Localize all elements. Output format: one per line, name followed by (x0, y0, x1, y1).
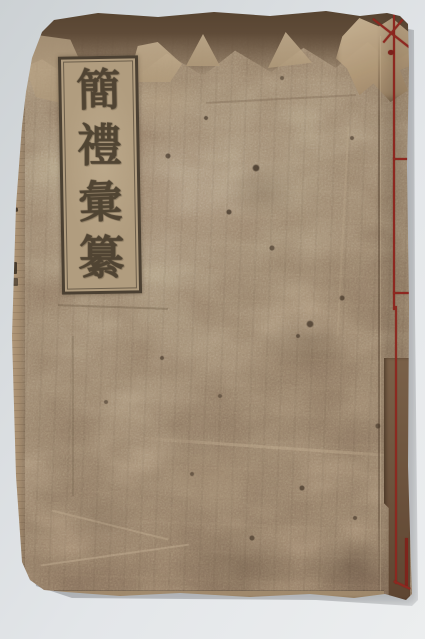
photo-scene: 簡 禮 彙 纂 (0, 0, 425, 639)
binding-thread-vertical (393, 14, 395, 310)
title-label: 簡 禮 彙 纂 (58, 55, 142, 294)
title-char-2: 禮 (77, 125, 122, 170)
title-char-4: 纂 (79, 236, 125, 282)
title-char-3: 彙 (78, 180, 124, 226)
title-text-vertical: 簡 禮 彙 纂 (65, 62, 135, 287)
binding-thread-knot (388, 50, 394, 55)
book-cover: 簡 禮 彙 纂 (10, 6, 412, 600)
binding-thread-vertical (405, 538, 408, 586)
binding-thread-vertical (395, 306, 397, 584)
title-char-1: 簡 (76, 69, 121, 114)
spine-fold-crease (378, 36, 380, 592)
